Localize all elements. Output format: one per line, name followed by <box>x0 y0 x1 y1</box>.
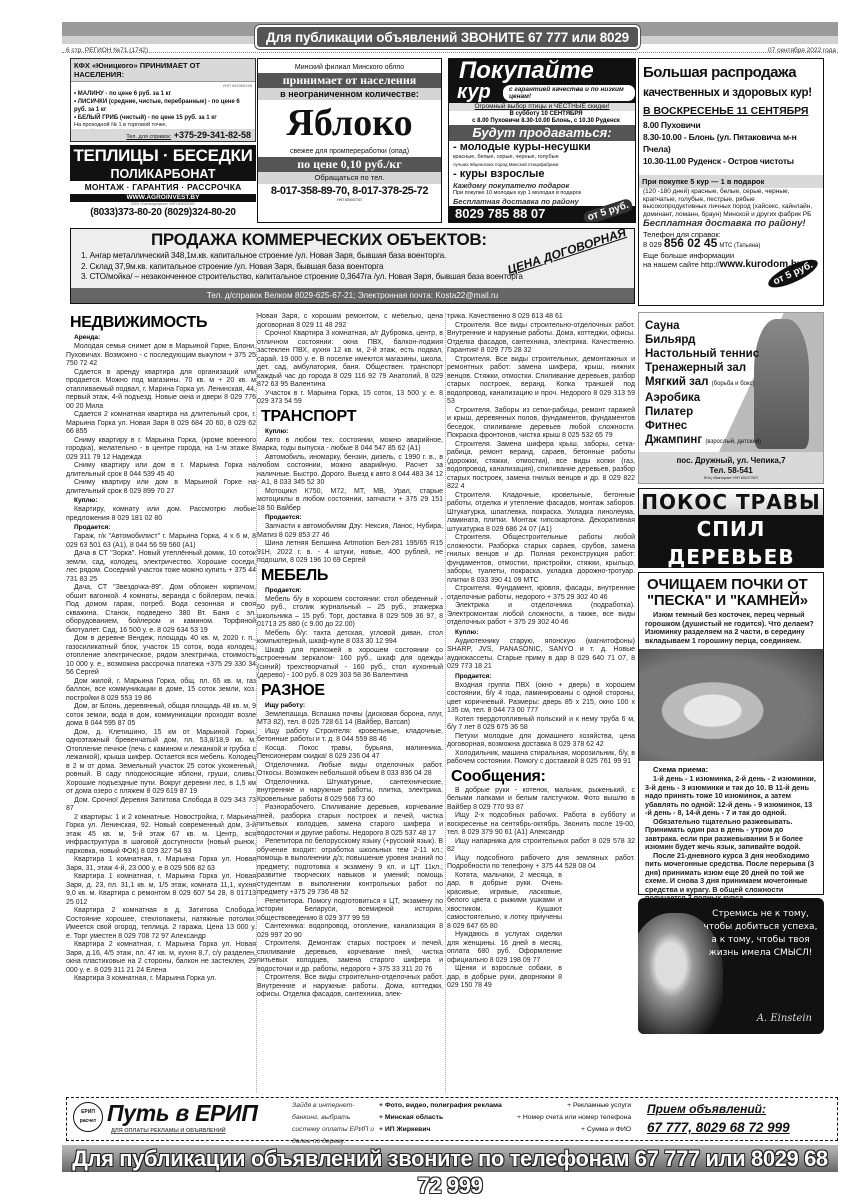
ad-chickens-item-adult: - куры взрослые <box>449 168 635 181</box>
section-transport: ТРАНСПОРТ <box>257 407 443 427</box>
ad-kfh-tel: +375-29-341-82-58 <box>174 130 251 140</box>
listing: Дом. Срочно! Деревня Затитова Слобода 8 … <box>66 797 256 814</box>
ad-sport-services: Сауна Бильярд Настольный теннис Тренажер… <box>639 313 823 449</box>
ad-chickens-kur: курс гарантией качества и по низким цена… <box>449 83 635 103</box>
section-real-estate: НЕДВИЖИМОСТЬ <box>66 313 256 333</box>
listing: Петухи молодые для домашнего хозяйства, … <box>447 733 635 750</box>
classifieds-column-1: НЕДВИЖИМОСТЬ Аренда: Молодая семья сниме… <box>66 313 256 1091</box>
ad-chickens-times: с 8.00 Пуховичи 8.30-10.00 Блонь, с 10.3… <box>449 118 635 125</box>
ad-mowing-trees: СПИЛ ДЕРЕВЬЕВ <box>639 515 823 571</box>
ad-sport-item: Настольный теннис <box>645 347 817 361</box>
erip-payment-banner: ЕРИП расчет Путь в ЕРИП ДЛЯ ОПЛАТЫ РЕКЛА… <box>66 1097 838 1141</box>
erip-title: Путь в ЕРИП <box>107 1100 258 1126</box>
listing: Дача в СТ "Зорка". Новый утеплённый доми… <box>66 550 256 584</box>
section-misc: РАЗНОЕ <box>257 681 443 701</box>
listing: Мебель б/у в хорошем состоянии: стол обе… <box>257 596 443 630</box>
ads-accept-phones: 67 777, 8029 68 72 999 <box>647 1118 790 1138</box>
ad-chickens-buy: Покупайте курс гарантией качества и по н… <box>448 58 636 223</box>
erip-path-step: + Сумма и ФИО <box>517 1124 631 1136</box>
listing: Щенки и взрослые собаки, в дар, в добрые… <box>447 965 562 991</box>
ad-apples-phones: 8-017-358-89-70, 8-017-378-25-72 <box>258 184 441 198</box>
listing: Строителя. Все виды строительно-отделочн… <box>447 322 635 356</box>
listing: Сниму квартиру или дом в Марьиной Горке … <box>66 479 256 496</box>
ad-chickens-title: Покупайте <box>449 59 635 83</box>
erip-path-step: + Фото, видео, полиграфия реклама <box>379 1100 502 1112</box>
listing: Участок в г. Марьина Горка, 15 соток, 13… <box>257 390 443 407</box>
listing: Входная группа ПВХ (окно + дверь) в хоро… <box>447 682 635 716</box>
listing: Мотоцикл К750, М72, МТ, МВ, Урал, старые… <box>257 488 443 514</box>
erip-logo-icon: ЕРИП расчет <box>73 1102 103 1132</box>
listing: Строителя. Общестроительные работы любой… <box>447 534 635 585</box>
listing: Сдается в аренду квартира для организаци… <box>66 369 256 412</box>
listing: Молодая семья снимет дом в Марьиной Горк… <box>66 343 256 369</box>
listing-continued: Новая Заря, с хорошим ремонтом, с мебель… <box>257 313 443 330</box>
ad-sale-schedule: 8.00 Пуховичи <box>643 119 819 131</box>
raisins-photo <box>639 649 823 761</box>
ad-apples-unlimited: в неограниченном количестве: <box>258 88 441 100</box>
erip-path-col2: + Рекламные услуги + Номер счета или ном… <box>517 1100 631 1136</box>
listing: Авто в любом тех. состоянии, можно авари… <box>257 437 443 454</box>
listing: В добрые руки - котенок, мальчик, рыжень… <box>447 787 635 813</box>
ad-greenhouses-phones: (8033)373-80-20 (8029)324-80-20 <box>70 207 256 219</box>
ad-sport-item: Тренажерный зал <box>645 361 817 375</box>
ad-sale-tel-suffix: МТС (Татьяна) <box>719 243 760 249</box>
listing: Дом, аг Блонь, деревянный, общая площадь… <box>66 703 256 729</box>
listing: Квартира 1 комнатная, г. Марьина Горка у… <box>66 873 256 907</box>
listing: Дача, СТ "Звездочка-89". Дом обложен кир… <box>66 584 256 635</box>
article-intro: Изюм темный без косточек, перец черный г… <box>639 611 823 645</box>
ad-chickens-sale: Большая распродажа качественных и здоров… <box>638 58 824 306</box>
listing: Строителя. Фундамент, кровля, фасады, вн… <box>447 585 635 602</box>
ad-sale-site-prefix: на нашем сайте http:// <box>643 260 720 269</box>
article-paragraph: 1-й день - 1 изюминка, 2-й день - 2 изюм… <box>639 775 823 818</box>
listing: Квартира 2 комнатная, г. Марьина Горка у… <box>66 941 256 975</box>
subsection-jobs: Ищу работу: <box>257 701 443 711</box>
ad-sport-item: Сауна <box>645 319 817 333</box>
listing: Срочно! Квартира 3 комнатная, а/г Дубров… <box>257 330 443 390</box>
erip-path-step: + Рекламные услуги <box>517 1100 631 1112</box>
listing: Разнорабочего. Спиливание деревьев, корч… <box>257 804 443 838</box>
listing: Землепашца. Вспашка почвы (дисковая боро… <box>257 711 443 728</box>
ad-apples: Минский филиал Минского облпо принимает … <box>257 58 442 223</box>
ad-sport-item-row: Джампинг (взрослый, детский) <box>645 433 817 449</box>
listing: Холодильник, машина стиральная, морозиль… <box>447 750 635 767</box>
listing: Запчасти к автомобилям Дэу: Нексия, Лано… <box>257 523 443 540</box>
listing: Ищу работу Строителя: кровельные, кладоч… <box>257 728 443 745</box>
ad-kfh-tel-label: Тел. для справок: <box>126 134 171 140</box>
listing: Шкаф для прихожей в хорошем состоянии со… <box>257 647 443 681</box>
erip-path-step: + ИП Жиркевич <box>379 1124 502 1136</box>
column-divider <box>445 313 446 1093</box>
ad-sport-item: Джампинг <box>645 434 702 446</box>
quote-text: Стремись не к тому, чтобы добиться успех… <box>703 908 818 960</box>
ad-kfh-line: • БЕЛЫЙ ГРИБ (чистый) - по цене 15 руб. … <box>71 114 255 122</box>
listing: Дом, д. Клетишино, 15 км от Марьиной Гор… <box>66 729 256 797</box>
ad-commercial-property: ПРОДАЖА КОММЕРЧЕСКИХ ОБЪЕКТОВ: 1. Ангар … <box>70 228 635 304</box>
listing: Сниму квартиру или дом в г. Марьина Горк… <box>66 462 256 479</box>
listing: Строителя. Все виды строительных, демонт… <box>447 356 635 407</box>
quote-signature: A. Einstein <box>757 1013 812 1024</box>
ad-apples-accepts: принимает от населения <box>258 73 441 88</box>
ad-mowing: ПОКОС ТРАВЫ СПИЛ ДЕРЕВЬЕВ Тел.+375 (33) … <box>638 488 824 568</box>
ad-sport-footer: пос. Дружный, ул. Чепика,7 Тел. 58-541 Ф… <box>639 452 823 483</box>
ad-chickens-will-sell: Будут продаваться: <box>449 125 635 141</box>
ad-sale-date: В ВОСКРЕСЕНЬЕ 11 СЕНТЯБРЯ <box>643 103 819 119</box>
erip-path-step: + Минская область <box>379 1112 502 1124</box>
ad-sale-free-delivery: Бесплатная доставка по району! <box>643 218 819 230</box>
listing: Котел твердотопливный польский и к нему … <box>447 716 635 733</box>
ads-accept-label: Прием объявлений: <box>647 1100 766 1118</box>
listing: Гараж, г/к "Автомобилист" г. Марьина Гор… <box>66 533 256 550</box>
ad-sale-schedule: 8.30-10.00 - Блонь (ул. Пятаковича м-н П… <box>643 131 819 155</box>
ad-sale-tel: 856 02 45 <box>664 236 717 250</box>
ad-chickens-guarantee: с гарантией качества и по низким ценам! <box>503 85 635 101</box>
ad-chickens-choice: Огромный выбор птицы и ЧЕСТНЫЕ скидки! <box>449 103 635 111</box>
ad-sport-note: (борьба и бокс) <box>712 381 755 387</box>
ad-sport-item-row: Мягкий зал (борьба и бокс) <box>645 375 817 391</box>
article-paragraph: Обязательно тщательно разжевывать. Прини… <box>639 818 823 852</box>
ad-sale-desc: (120 -180 дней) красные, белые, серые, ч… <box>643 188 819 218</box>
ad-chickens-gift-desc: При покупке 10 молодых кур 1 молодая в п… <box>449 190 635 197</box>
ad-sport-item: Бильярд <box>645 333 817 347</box>
listing: Дом в деревне Вендеж, площадь 40 кв. м, … <box>66 635 256 678</box>
ad-sale-title: Большая распродажа <box>643 63 819 83</box>
ad-chickens-kur-word: кур <box>457 81 491 103</box>
listing: Котята, мальчики, 2 месяца, в дар, в доб… <box>447 872 562 932</box>
erip-path-col1: + Фото, видео, полиграфия реклама + Минс… <box>379 1100 502 1136</box>
ad-sport-address: пос. Дружный, ул. Чепика,7 <box>639 456 823 466</box>
ad-sport-item: Фитнес <box>645 419 817 433</box>
ad-apples-org: Минский филиал Минского облпо <box>258 59 441 73</box>
ad-sport-item: Мягкий зал <box>645 376 708 388</box>
ad-sport-item: Пилатер <box>645 405 817 419</box>
subsection-sell: Продается: <box>447 672 635 682</box>
listing: Отделочника. Любые виды отделочных работ… <box>257 762 443 779</box>
subsection-buy: Куплю: <box>447 628 635 638</box>
ad-greenhouses-services: МОНТАЖ · ГАРАНТИЯ · РАССРОЧКА <box>70 181 256 194</box>
ad-sport-note: (взрослый, детский) <box>705 439 761 445</box>
ad-apples-title: Яблоко <box>258 100 441 146</box>
listing: Строителя. Все виды строительно-отделочн… <box>257 974 443 1000</box>
listing: Квартиру, комнату или дом. Рассмотрю люб… <box>66 506 256 523</box>
listing: Автомобиль, иномарку, бензин, дизель, с … <box>257 454 443 488</box>
listing: Строителя. Заборы из сетки-рабицы, ремон… <box>447 407 635 441</box>
listing: Сантехника: водопровод, отопление, канал… <box>257 923 443 940</box>
ad-sport-item: Аэробика <box>645 391 817 405</box>
ad-greenhouses: ТЕПЛИЦЫ · БЕСЕДКИ ПОЛИКАРБОНАТ МОНТАЖ · … <box>70 145 256 225</box>
ad-greenhouses-site: WWW.AGROINVEST.BY <box>70 194 256 202</box>
listing: Сниму квартиру в г. Марьина Горка, (кром… <box>66 437 256 463</box>
listing: Репетитора. Помогу подготовиться к ЦТ, э… <box>257 898 443 924</box>
listing: Квартира 2 комнатная в д. Затитова Слобо… <box>66 907 256 941</box>
subsection-buy: Куплю: <box>66 496 256 506</box>
erip-subtitle: ДЛЯ ОПЛАТЫ РЕКЛАМЫ И ОБЪЯВЛЕНИЙ <box>111 1128 226 1134</box>
subsection-rent: Аренда: <box>66 333 256 343</box>
ad-commercial-contact: Тел. д/справок Велком 8029-625-67-21; Эл… <box>71 288 634 303</box>
ad-kfh-buying: КФХ «Юницкого» ПРИНИМАЕТ ОТ НАСЕЛЕНИЯ: У… <box>70 58 256 142</box>
listing: Аудиотехнику старую, японскую (магнитофо… <box>447 638 635 672</box>
ad-chickens-breeds: лучших яйценоских пород Минской птицефаб… <box>449 161 635 168</box>
subsection-sell: Продается: <box>66 523 256 533</box>
ad-sport-legal: ФОЦ «Виктория» УНП 691077607 <box>639 476 823 481</box>
ad-apples-price: по цене 0,10 руб./кг <box>258 157 441 172</box>
erip-path-step: + Номер счета или номер телефона <box>517 1112 631 1124</box>
subsection-sell: Продается: <box>257 513 443 523</box>
listing: Репетитора по белорусскому языку (+русск… <box>257 838 443 898</box>
listing: Электрика и отделочника (подработка). Эл… <box>447 602 635 628</box>
listing: Шина летняя Белшина Artmotion Бел-281 19… <box>257 540 443 566</box>
listing: Отделочника. Штукатурные, сантехнические… <box>257 779 443 805</box>
listing: Ищу подсобного рабочего для земляных раб… <box>447 855 635 872</box>
subsection-sell: Продается: <box>257 586 443 596</box>
quote-einstein: Стремись не к тому, чтобы добиться успех… <box>638 898 824 1034</box>
header-banner: Для публикации объявлений ЗВОНИТЕ 67 777… <box>255 25 640 49</box>
article-title: ОЧИЩАЕМ ПОЧКИ ОТ "ПЕСКА" И "КАМНЕЙ» <box>639 573 823 611</box>
ad-sport-center: Сауна Бильярд Настольный теннис Тренажер… <box>638 312 824 484</box>
listing: Мебель б/у: тахта детская, угловой диван… <box>257 630 443 647</box>
ad-sale-phone-row: 8 029 856 02 45 МТС (Татьяна) <box>643 239 819 251</box>
ad-chickens-item-young: - молодые куры-несушки <box>449 141 635 154</box>
listing: 2 квартиры: 1 и 2 комнатные. Новостройка… <box>66 814 256 857</box>
ad-sale-schedule: 10.30-11.00 Руденск - Остров чистоты <box>643 155 819 167</box>
listing: Ищу 2-х подсобных рабочих. Работа в субб… <box>447 812 635 838</box>
footer-banner: Для публикации объявлений звоните по тел… <box>62 1145 838 1172</box>
ad-apples-unp: УНП 600037767 <box>258 198 441 203</box>
ad-kfh-line: На проходной № 1 в торговой точке, <box>71 122 255 129</box>
listing: Квартира 1 комнатная, г. Марьина Горка у… <box>66 856 256 873</box>
ad-kfh-line: • МАЛИНУ - по цене 6 руб. за 1 кг <box>71 90 255 98</box>
listing: Дом жилой, г. Марьина Горка, общ. пл. 65… <box>66 678 256 704</box>
ad-chickens-colors: красные, белые, серые, черные, голубые <box>449 154 635 161</box>
ad-chickens-gift: Каждому покупателю подарок <box>449 181 635 190</box>
listing: Нуждаюсь в услугах сиделки для женщины. … <box>447 931 562 965</box>
section-furniture: МЕБЕЛЬ <box>257 566 443 586</box>
article-kidney-cleanse: ОЧИЩАЕМ ПОЧКИ ОТ "ПЕСКА" И "КАМНЕЙ» Изюм… <box>638 572 824 895</box>
erip-instructions: Зайдя в интернет-банкинг, выбрать систем… <box>292 1100 377 1148</box>
article-paragraph: После 21-дневного курса 3 дня необходимо… <box>639 852 823 903</box>
ad-mowing-title: ПОКОС ТРАВЫ <box>639 489 823 515</box>
listing: Ищу напарника для строительных работ 8 0… <box>447 838 635 855</box>
ad-greenhouses-title: ТЕПЛИЦЫ · БЕСЕДКИ <box>70 145 256 167</box>
ad-kfh-phone-row: Тел. для справок: +375-29-341-82-58 <box>71 129 255 141</box>
ad-commercial-title: ПРОДАЖА КОММЕРЧЕСКИХ ОБЪЕКТОВ: <box>71 229 634 251</box>
listing: Квартира 3 комнатная, г. Марьина Горка у… <box>66 975 256 984</box>
ad-apples-desc: свежее для промпереработки (опад) <box>258 146 441 157</box>
ad-sale-tel-prefix: 8 029 <box>643 240 662 249</box>
ad-apples-contact: Обращаться по тел. <box>258 172 441 184</box>
header-divider <box>62 52 838 53</box>
listing: Сдается 2 комнатная квартира на длительн… <box>66 411 256 437</box>
ad-sport-tel: Тел. 58-541 <box>639 466 823 476</box>
ad-kfh-unp: УНП 691565158 <box>71 82 255 90</box>
ad-sale-promo: При покупке 5 кур — 1 в подарок <box>639 175 823 188</box>
ad-commercial-row: 3. СТО/мойка/ – незаконченное строительс… <box>71 272 634 283</box>
classifieds-column-3: трика. Качественно 8 029 613 48 61 Строи… <box>447 313 635 1091</box>
ad-greenhouses-subtitle: ПОЛИКАРБОНАТ <box>70 167 256 181</box>
listing: Строителя. Демонтаж старых построек и пе… <box>257 940 443 974</box>
listing: Строителя. Кладочные, кровельные, бетонн… <box>447 492 635 535</box>
classifieds-column-2: Новая Заря, с хорошим ремонтом, с мебель… <box>257 313 443 1091</box>
subsection-buy: Куплю: <box>257 427 443 437</box>
listing: Строителя. Замена шифера крыш, заборы, с… <box>447 441 635 492</box>
ad-kfh-line: • ЛИСИЧКИ (средние, чистые, перебранные)… <box>71 98 255 114</box>
listing: Косца. Покос травы, бурьяна, малинника. … <box>257 745 443 762</box>
section-messages: Сообщения: <box>447 767 635 787</box>
ad-kfh-title: КФХ «Юницкого» ПРИНИМАЕТ ОТ НАСЕЛЕНИЯ: <box>71 59 255 82</box>
ad-sale-subtitle: качественных и здоровых кур! <box>643 83 819 103</box>
listing-continued: трика. Качественно 8 029 613 48 61 <box>447 313 635 322</box>
ad-chickens-date: В субботу 10 СЕНТЯБРЯ <box>449 111 635 118</box>
